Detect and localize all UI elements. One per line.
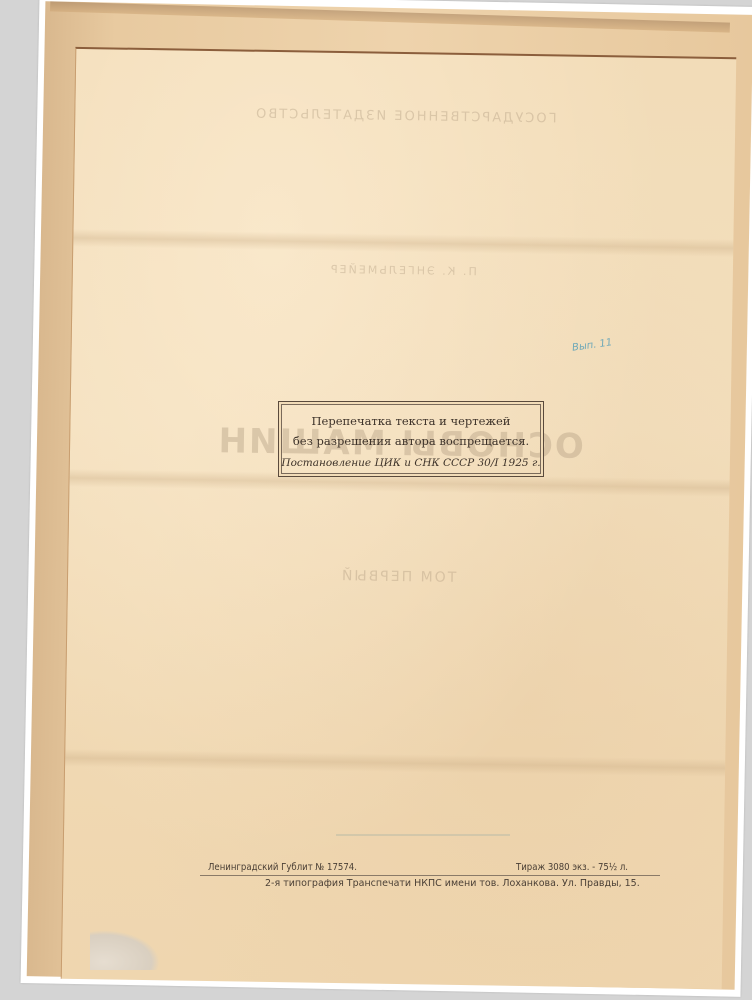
torn-corner [90,930,160,970]
book-page: ГОСУДАРСТВЕННОЕ ИЗДАТЕЛЬСТВО П. К. ЭНГЕЛ… [61,47,737,989]
notice-line-2: без разрешения автора воспрещается. [279,431,543,451]
censor-number: Ленинградский Гублит № 17574. [208,862,357,873]
show-through-author: П. К. ЭНГЕЛЬМЕЙЕР [73,259,733,282]
printer-line: 2-я типография Транспечати НКПС имени то… [265,878,640,889]
faint-rule [336,834,510,836]
notice-decree: Постановление ЦИК и СНК СССР 30/I 1925 г… [279,457,543,469]
notice-line-1: Перепечатка текста и чертежей [279,411,543,431]
imprint-divider [200,875,660,876]
copyright-notice-box: Перепечатка текста и чертежей без разреш… [278,401,544,477]
show-through-volume: ТОМ ПЕРВЫЙ [68,564,728,590]
paper-fold [65,749,725,777]
paper-fold [73,229,733,257]
print-run: Тираж 3080 экз. - 75½ л. [516,862,628,873]
show-through-publisher: ГОСУДАРСТВЕННОЕ ИЗДАТЕЛЬСТВО [75,104,735,129]
